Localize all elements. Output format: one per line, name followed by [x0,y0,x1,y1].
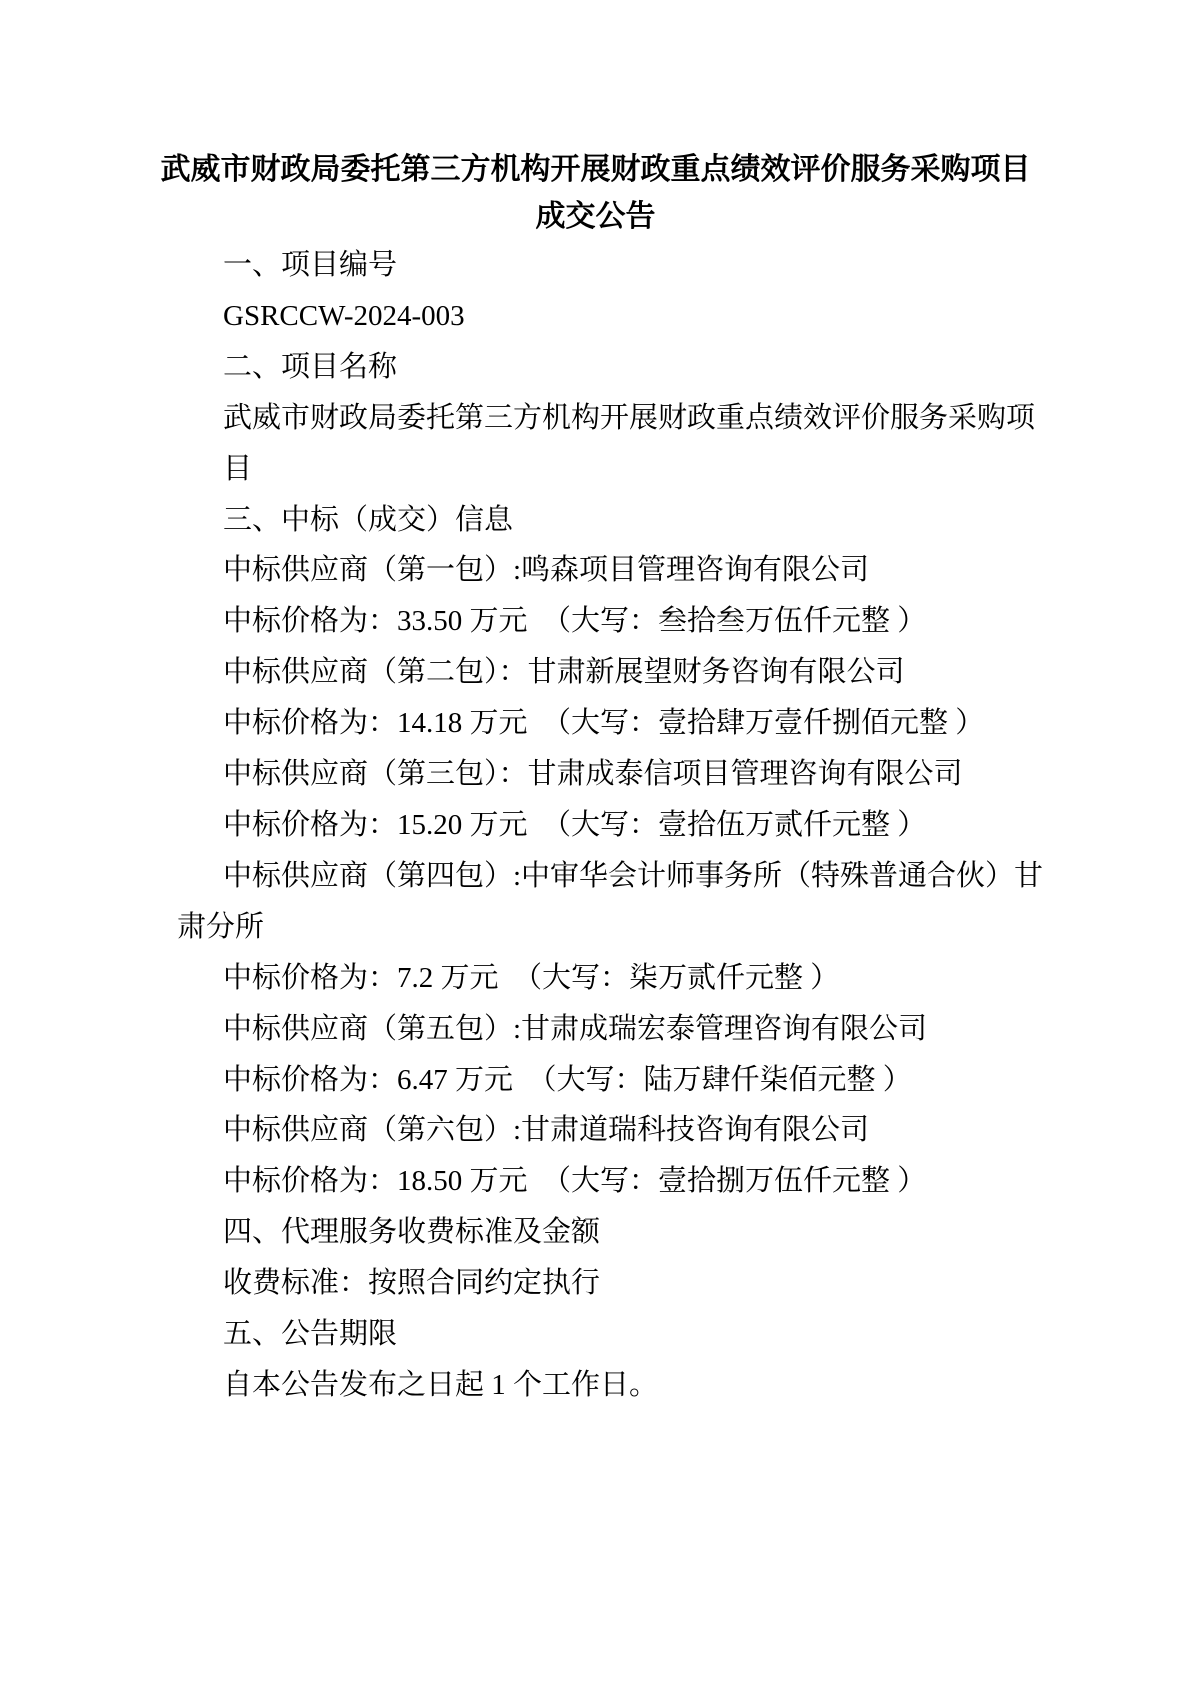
project-name-line-1: 武威市财政局委托第三方机构开展财政重点绩效评价服务采购项 [0,393,1191,444]
supplier-package-4-line-2: 肃分所 [0,902,1191,953]
project-number-value: GSRCCW-2024-003 [0,291,1191,342]
price-package-3: 中标价格为：15.20 万元 （大写：壹拾伍万贰仟元整 ） [0,800,1191,851]
price-package-2: 中标价格为：14.18 万元 （大写：壹拾肆万壹仟捌佰元整 ） [0,698,1191,749]
price-package-6: 中标价格为：18.50 万元 （大写：壹拾捌万伍仟元整 ） [0,1156,1191,1207]
fee-standard-text: 收费标准：按照合同约定执行 [0,1258,1191,1309]
section-4-heading: 四、代理服务收费标准及金额 [0,1207,1191,1258]
document-title-line-2: 成交公告 [0,193,1191,240]
supplier-package-5: 中标供应商（第五包）:甘肃成瑞宏泰管理咨询有限公司 [0,1004,1191,1055]
announcement-period-text: 自本公告发布之日起 1 个工作日。 [0,1360,1191,1411]
document-title: 武威市财政局委托第三方机构开展财政重点绩效评价服务采购项目 成交公告 [0,0,1191,240]
document-body: 一、项目编号 GSRCCW-2024-003 二、项目名称 武威市财政局委托第三… [0,240,1191,1411]
section-3-heading: 三、中标（成交）信息 [0,495,1191,546]
section-5-heading: 五、公告期限 [0,1309,1191,1360]
supplier-package-6: 中标供应商（第六包）:甘肃道瑞科技咨询有限公司 [0,1105,1191,1156]
document-page: 武威市财政局委托第三方机构开展财政重点绩效评价服务采购项目 成交公告 一、项目编… [0,0,1191,1684]
document-title-line-1: 武威市财政局委托第三方机构开展财政重点绩效评价服务采购项目 [0,146,1191,193]
supplier-package-1: 中标供应商（第一包）:鸣森项目管理咨询有限公司 [0,545,1191,596]
price-package-1: 中标价格为：33.50 万元 （大写：叁拾叁万伍仟元整 ） [0,596,1191,647]
supplier-package-3: 中标供应商（第三包）：甘肃成泰信项目管理咨询有限公司 [0,749,1191,800]
section-1-heading: 一、项目编号 [0,240,1191,291]
price-package-5: 中标价格为：6.47 万元 （大写：陆万肆仟柒佰元整 ） [0,1055,1191,1106]
supplier-package-4-line-1: 中标供应商（第四包）:中审华会计师事务所（特殊普通合伙）甘 [0,851,1191,902]
section-2-heading: 二、项目名称 [0,342,1191,393]
price-package-4: 中标价格为：7.2 万元 （大写：柒万贰仟元整 ） [0,953,1191,1004]
supplier-package-2: 中标供应商（第二包）：甘肃新展望财务咨询有限公司 [0,647,1191,698]
project-name-line-2: 目 [0,444,1191,495]
